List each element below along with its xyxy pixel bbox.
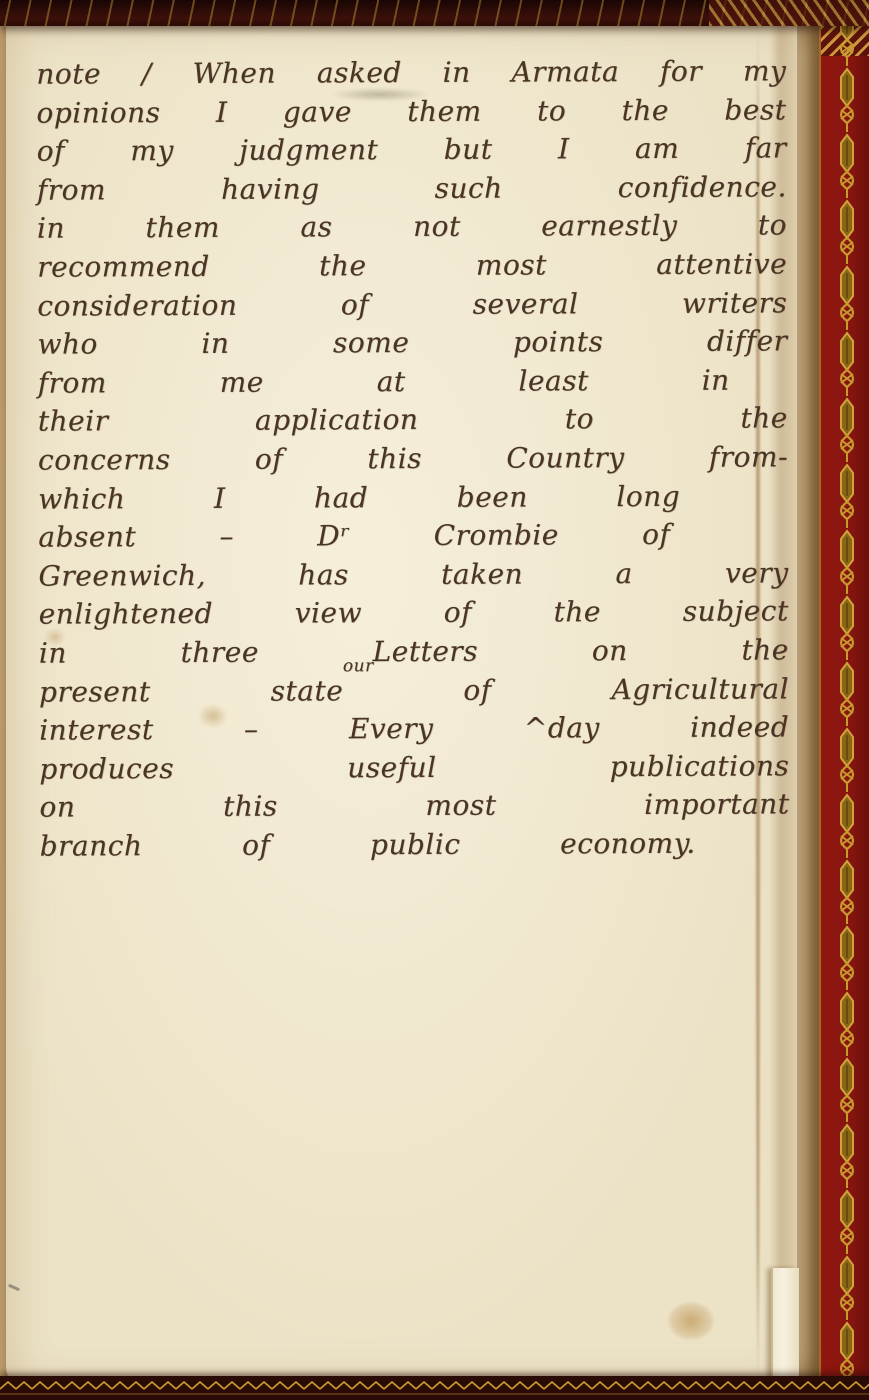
manuscript-line: consideration of several writers xyxy=(37,284,787,326)
manuscript-line: recommend the most attentive xyxy=(37,245,787,287)
inserted-word-our: our xyxy=(343,658,374,675)
manuscript-line: concerns of this Country from- xyxy=(38,438,788,480)
manuscript-line: enlightened view of the subject xyxy=(39,593,789,635)
manuscript-line: absent – Dʳ Crombie of xyxy=(38,516,670,557)
book-photo: note / When asked in Armata for my opini… xyxy=(0,0,869,1400)
manuscript-page: note / When asked in Armata for my opini… xyxy=(6,20,804,1392)
manuscript-line: present state of Agricultural xyxy=(39,670,789,712)
manuscript-line: of my judgment but I am far xyxy=(37,130,787,172)
book-cover-bottom-edge xyxy=(0,1376,869,1400)
manuscript-line: from having such confidence. xyxy=(37,168,787,210)
gold-chain-tooling xyxy=(827,0,867,1400)
gold-zigzag-tooling xyxy=(0,1376,869,1400)
pencil-mark xyxy=(8,1284,20,1292)
manuscript-line: which I had been long xyxy=(38,477,680,518)
manuscript-line: on this most important xyxy=(39,786,789,828)
manuscript-line: produces useful publications xyxy=(39,747,789,789)
manuscript-line: who in some points differ xyxy=(37,323,787,365)
manuscript-line: interest – Every ^day indeed xyxy=(39,708,789,750)
page-corner-stack xyxy=(771,1268,799,1384)
manuscript-line: branch of public economy. xyxy=(40,825,696,866)
manuscript-line: Greenwich, has taken a very xyxy=(38,554,788,596)
manuscript-line: in three Letters on the xyxy=(39,631,789,673)
book-cover-right-edge xyxy=(819,0,869,1400)
manuscript-line: from me at least in xyxy=(38,361,730,403)
manuscript-line: their application to the xyxy=(38,400,788,442)
manuscript-line: opinions I gave them to the best xyxy=(36,91,786,133)
manuscript-line: in them as not earnestly to xyxy=(37,207,787,249)
manuscript-line: note / When asked in Armata for my xyxy=(36,52,786,94)
book-cover-top-edge xyxy=(0,0,869,26)
page-stain xyxy=(668,1302,714,1340)
page-edge-stack xyxy=(797,22,819,1386)
handwriting-block: note / When asked in Armata for my opini… xyxy=(36,52,790,866)
